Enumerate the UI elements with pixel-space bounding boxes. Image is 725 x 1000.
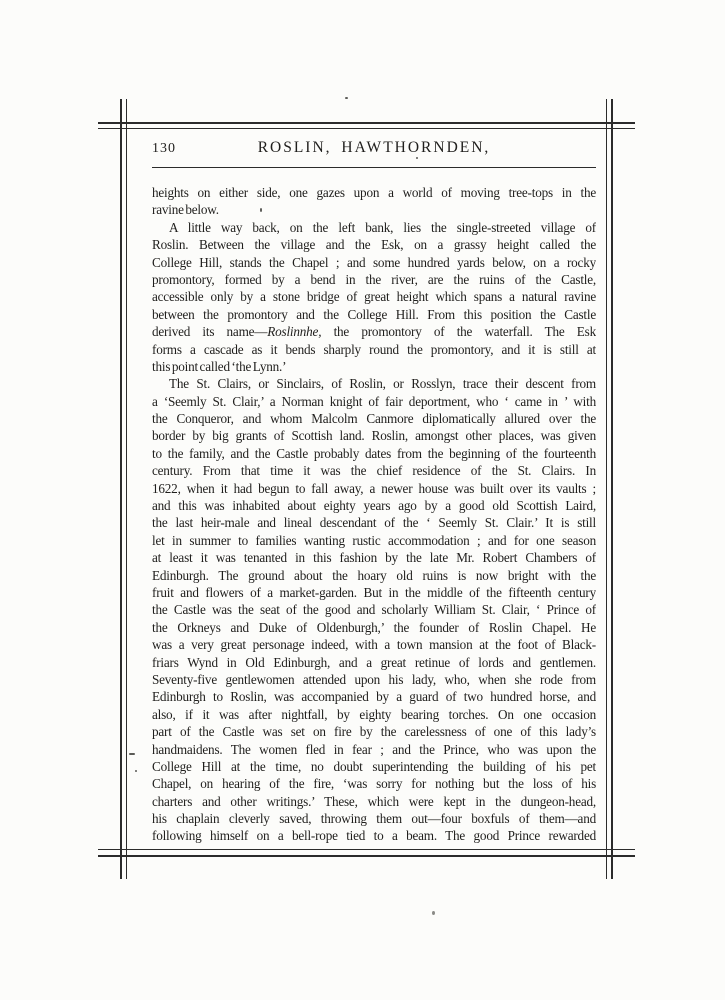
- text-line: charters and other writings.’ These, whi…: [152, 793, 596, 810]
- text-line: the Castle was the seat of the good and …: [152, 601, 596, 618]
- text-line: a ‘Seemly St. Clair,’ a Norman knight of…: [152, 393, 596, 410]
- print-speck: [432, 911, 435, 915]
- text-line: the Orkneys and Duke of Oldenburgh,’ the…: [152, 619, 596, 636]
- text-line: promontory, formed by a bend in the rive…: [152, 271, 596, 288]
- text-line: A little way back, on the left bank, lie…: [152, 219, 596, 236]
- text-line: Chapel, on hearing of the fire, ‘was sor…: [152, 775, 596, 792]
- print-speck: [129, 753, 135, 755]
- text-line: Edinburgh to Roslin, was accompanied by …: [152, 688, 596, 705]
- text-segment: the promontory of the waterfall. The Esk: [321, 324, 596, 339]
- text-line: was a very great personage indeed, with …: [152, 636, 596, 653]
- italic-text: Roslinnhe,: [267, 324, 321, 339]
- text-line: Edinburgh. The ground about the hoary ol…: [152, 567, 596, 584]
- text-line: following himself on a bell-rope tied to…: [152, 827, 596, 844]
- print-speck: [135, 770, 137, 772]
- text-line: his chaplain cleverly saved, throwing th…: [152, 810, 596, 827]
- text-line: College Hill at the time, no doubt super…: [152, 758, 596, 775]
- frame-rule-left-inner: [126, 99, 127, 879]
- frame-rule-top-outer: [98, 122, 635, 124]
- text-line: Seventy-five gentlewomen attended upon h…: [152, 671, 596, 688]
- frame-rule-right-inner: [606, 99, 607, 879]
- frame-rule-top-inner: [98, 128, 635, 129]
- text-line: heights on either side, one gazes upon a…: [152, 184, 596, 201]
- text-line: the Conqueror, and whom Malcolm Canmore …: [152, 410, 596, 427]
- print-speck: [416, 157, 418, 159]
- text-line: part of the Castle was set on fire by th…: [152, 723, 596, 740]
- text-line: let in summer to families wanting rustic…: [152, 532, 596, 549]
- text-line: friars Wynd in Old Edinburgh, and a grea…: [152, 654, 596, 671]
- text-line: fruit and flowers of a market-garden. Bu…: [152, 584, 596, 601]
- frame-rule-bottom-outer: [98, 855, 635, 857]
- text-line: between the promontory and the College H…: [152, 306, 596, 323]
- text-line: forms a cascade as it bends sharply roun…: [152, 341, 596, 358]
- text-line: College Hill, stands the Chapel ; and so…: [152, 254, 596, 271]
- text-line: derived its name—Roslinnhe, the promonto…: [152, 323, 596, 340]
- text-line: 1622, when it had begun to fall away, a …: [152, 480, 596, 497]
- frame-rule-right-outer: [611, 99, 613, 879]
- text-line: accessible only by a stone bridge of gre…: [152, 288, 596, 305]
- running-title: ROSLIN, HAWTHORNDEN,: [152, 139, 596, 157]
- print-speck: [260, 208, 262, 212]
- text-line: century. From that time it was the chief…: [152, 462, 596, 479]
- frame-rule-bottom-inner: [98, 849, 635, 850]
- text-line: The St. Clairs, or Sinclairs, of Roslin,…: [152, 375, 596, 392]
- text-line: handmaidens. The women fled in fear ; an…: [152, 741, 596, 758]
- header-rule: [152, 167, 596, 168]
- text-line: and this was inhabited about eighty year…: [152, 497, 596, 514]
- body-text: heights on either side, one gazes upon a…: [152, 184, 596, 845]
- text-line: Roslin. Between the village and the Esk,…: [152, 236, 596, 253]
- frame-rule-left-outer: [120, 99, 122, 879]
- book-page-scan: 130 ROSLIN, HAWTHORNDEN, heights on eith…: [0, 0, 725, 1000]
- text-line: also, if it was after nightfall, by eigh…: [152, 706, 596, 723]
- print-speck: [345, 97, 348, 99]
- text-segment: derived its name—: [152, 324, 267, 339]
- page-number: 130: [152, 141, 176, 157]
- text-line: this point called ‘the Lynn.’: [152, 358, 596, 375]
- running-head: 130 ROSLIN, HAWTHORNDEN,: [152, 139, 596, 163]
- text-line: to the family, and the Castle probably d…: [152, 445, 596, 462]
- text-line: ravine below.: [152, 201, 596, 218]
- text-line: the last heir-male and lineal descendant…: [152, 514, 596, 531]
- text-line: at least it was tenanted in this fashion…: [152, 549, 596, 566]
- text-line: border by big grants of Scottish land. R…: [152, 427, 596, 444]
